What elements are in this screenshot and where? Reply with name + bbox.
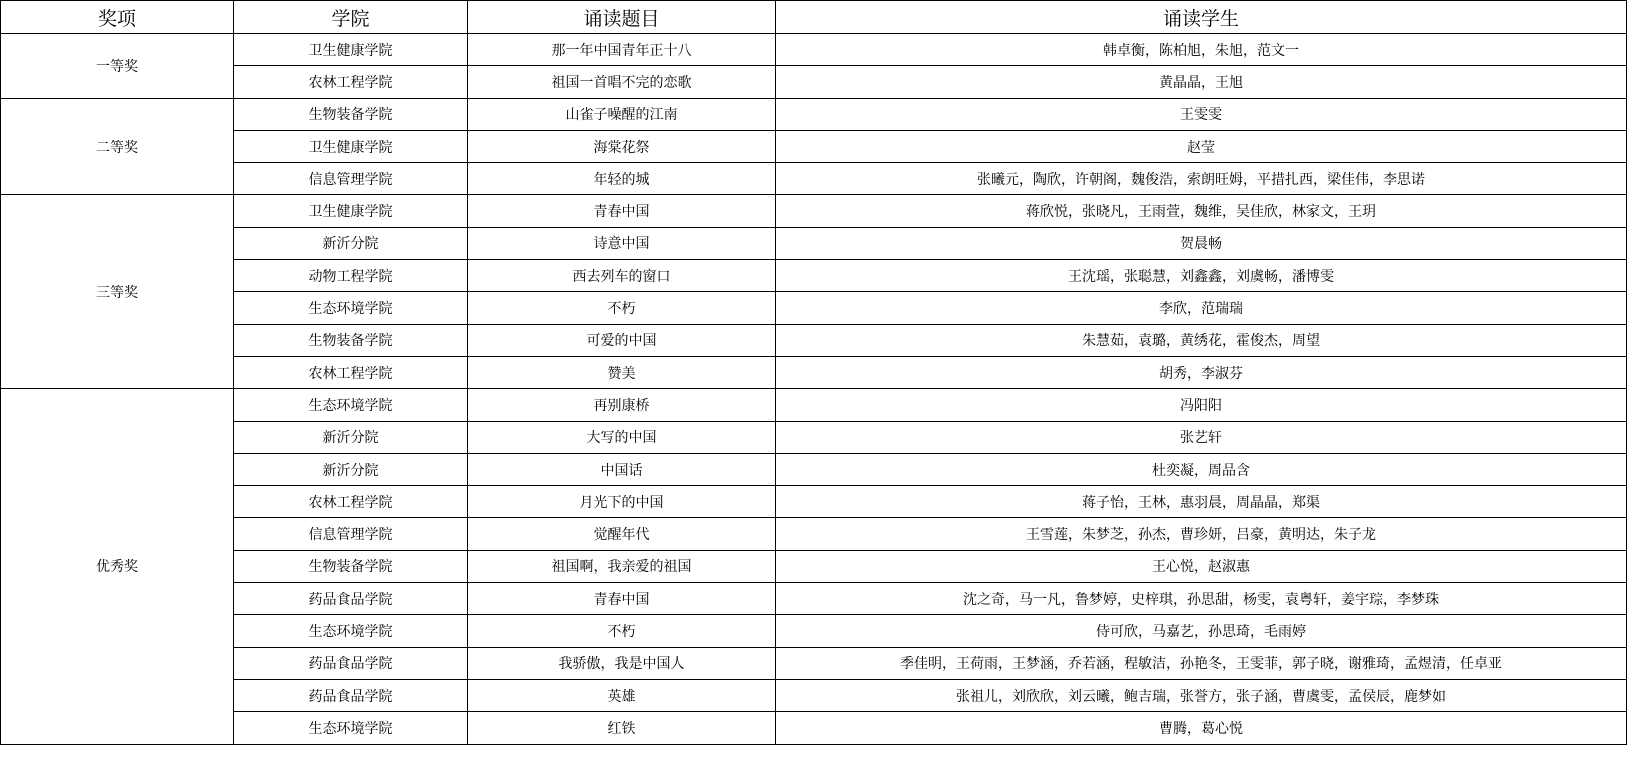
title-cell: 我骄傲，我是中国人 xyxy=(468,647,776,679)
college-cell: 信息管理学院 xyxy=(234,163,468,195)
students-cell: 冯阳阳 xyxy=(776,389,1627,421)
students-cell: 韩卓衡，陈柏旭，朱旭，范文一 xyxy=(776,34,1627,66)
table-row: 卫生健康学院 海棠花祭 赵莹 xyxy=(1,130,1627,162)
table-body: 一等奖 卫生健康学院 那一年中国青年正十八 韩卓衡，陈柏旭，朱旭，范文一 农林工… xyxy=(1,34,1627,745)
table-row: 药品食品学院 青春中国 沈之奇，马一凡，鲁梦婷，史梓琪，孙思甜，杨雯，袁粤轩，姜… xyxy=(1,583,1627,615)
table-row: 新沂分院 诗意中国 贺晨畅 xyxy=(1,227,1627,259)
header-row: 奖项 学院 诵读题目 诵读学生 xyxy=(1,1,1627,34)
award-cell: 优秀奖 xyxy=(1,389,234,744)
header-college: 学院 xyxy=(234,1,468,34)
title-cell: 年轻的城 xyxy=(468,163,776,195)
college-cell: 生态环境学院 xyxy=(234,389,468,421)
table-row: 生态环境学院 不朽 侍可欣，马嘉艺，孙思琦，毛雨婷 xyxy=(1,615,1627,647)
students-cell: 贺晨畅 xyxy=(776,227,1627,259)
college-cell: 药品食品学院 xyxy=(234,583,468,615)
students-cell: 李欣，范瑞瑞 xyxy=(776,292,1627,324)
award-cell: 二等奖 xyxy=(1,98,234,195)
students-cell: 王心悦，赵淑惠 xyxy=(776,550,1627,582)
students-cell: 朱慧茹，袁璐，黄绣花，霍俊杰，周望 xyxy=(776,324,1627,356)
table-row: 生态环境学院 不朽 李欣，范瑞瑞 xyxy=(1,292,1627,324)
title-cell: 不朽 xyxy=(468,292,776,324)
table-row: 农林工程学院 祖国一首唱不完的恋歌 黄晶晶，王旭 xyxy=(1,66,1627,98)
college-cell: 动物工程学院 xyxy=(234,260,468,292)
students-cell: 王沈瑶，张聪慧，刘鑫鑫，刘虞畅，潘博雯 xyxy=(776,260,1627,292)
title-cell: 祖国啊，我亲爱的祖国 xyxy=(468,550,776,582)
title-cell: 那一年中国青年正十八 xyxy=(468,34,776,66)
table-row: 药品食品学院 我骄傲，我是中国人 季佳明，王荷雨，王梦涵，乔若涵，程敏洁，孙艳冬… xyxy=(1,647,1627,679)
college-cell: 生态环境学院 xyxy=(234,615,468,647)
title-cell: 英雄 xyxy=(468,679,776,711)
table-row: 信息管理学院 觉醒年代 王雪莲，朱梦芝，孙杰，曹珍妍，吕豪，黄明达，朱子龙 xyxy=(1,518,1627,550)
title-cell: 大写的中国 xyxy=(468,421,776,453)
title-cell: 青春中国 xyxy=(468,583,776,615)
title-cell: 中国话 xyxy=(468,453,776,485)
students-cell: 胡秀，李淑芬 xyxy=(776,356,1627,388)
college-cell: 生态环境学院 xyxy=(234,712,468,744)
title-cell: 月光下的中国 xyxy=(468,486,776,518)
table-row: 新沂分院 中国话 杜奕凝，周品含 xyxy=(1,453,1627,485)
students-cell: 张曦元，陶欣，许朝阁，魏俊浩，索朗旺姆，平措扎西，梁佳伟，李思诺 xyxy=(776,163,1627,195)
title-cell: 山雀子噪醒的江南 xyxy=(468,98,776,130)
college-cell: 生物装备学院 xyxy=(234,98,468,130)
college-cell: 农林工程学院 xyxy=(234,356,468,388)
college-cell: 卫生健康学院 xyxy=(234,130,468,162)
title-cell: 祖国一首唱不完的恋歌 xyxy=(468,66,776,98)
award-cell: 一等奖 xyxy=(1,34,234,99)
students-cell: 蒋子怡，王林，惠羽晨，周晶晶，郑渠 xyxy=(776,486,1627,518)
students-cell: 沈之奇，马一凡，鲁梦婷，史梓琪，孙思甜，杨雯，袁粤轩，姜宇琮，李梦珠 xyxy=(776,583,1627,615)
college-cell: 新沂分院 xyxy=(234,227,468,259)
table-row: 新沂分院 大写的中国 张艺轩 xyxy=(1,421,1627,453)
table-row: 生物装备学院 祖国啊，我亲爱的祖国 王心悦，赵淑惠 xyxy=(1,550,1627,582)
college-cell: 卫生健康学院 xyxy=(234,195,468,227)
students-cell: 赵莹 xyxy=(776,130,1627,162)
table-row: 信息管理学院 年轻的城 张曦元，陶欣，许朝阁，魏俊浩，索朗旺姆，平措扎西，梁佳伟… xyxy=(1,163,1627,195)
table-row: 农林工程学院 月光下的中国 蒋子怡，王林，惠羽晨，周晶晶，郑渠 xyxy=(1,486,1627,518)
students-cell: 黄晶晶，王旭 xyxy=(776,66,1627,98)
college-cell: 新沂分院 xyxy=(234,421,468,453)
college-cell: 农林工程学院 xyxy=(234,66,468,98)
table-row: 生物装备学院 可爱的中国 朱慧茹，袁璐，黄绣花，霍俊杰，周望 xyxy=(1,324,1627,356)
college-cell: 卫生健康学院 xyxy=(234,34,468,66)
table-row: 农林工程学院 赞美 胡秀，李淑芬 xyxy=(1,356,1627,388)
college-cell: 药品食品学院 xyxy=(234,647,468,679)
college-cell: 新沂分院 xyxy=(234,453,468,485)
college-cell: 生态环境学院 xyxy=(234,292,468,324)
title-cell: 不朽 xyxy=(468,615,776,647)
students-cell: 蒋欣悦，张晓凡，王雨萱，魏维，吴佳欣，林家文，王玥 xyxy=(776,195,1627,227)
table-row: 一等奖 卫生健康学院 那一年中国青年正十八 韩卓衡，陈柏旭，朱旭，范文一 xyxy=(1,34,1627,66)
header-award: 奖项 xyxy=(1,1,234,34)
table-row: 药品食品学院 英雄 张祖儿，刘欣欣，刘云曦，鲍吉瑞，张誉方，张子涵，曹虞雯，孟侯… xyxy=(1,679,1627,711)
title-cell: 诗意中国 xyxy=(468,227,776,259)
college-cell: 生物装备学院 xyxy=(234,324,468,356)
students-cell: 杜奕凝，周品含 xyxy=(776,453,1627,485)
table-row: 优秀奖 生态环境学院 再别康桥 冯阳阳 xyxy=(1,389,1627,421)
table-row: 生态环境学院 红铁 曹腾，葛心悦 xyxy=(1,712,1627,744)
title-cell: 再别康桥 xyxy=(468,389,776,421)
students-cell: 曹腾，葛心悦 xyxy=(776,712,1627,744)
title-cell: 红铁 xyxy=(468,712,776,744)
table-row: 三等奖 卫生健康学院 青春中国 蒋欣悦，张晓凡，王雨萱，魏维，吴佳欣，林家文，王… xyxy=(1,195,1627,227)
college-cell: 药品食品学院 xyxy=(234,679,468,711)
students-cell: 侍可欣，马嘉艺，孙思琦，毛雨婷 xyxy=(776,615,1627,647)
college-cell: 农林工程学院 xyxy=(234,486,468,518)
students-cell: 王雯雯 xyxy=(776,98,1627,130)
college-cell: 信息管理学院 xyxy=(234,518,468,550)
title-cell: 可爱的中国 xyxy=(468,324,776,356)
students-cell: 张艺轩 xyxy=(776,421,1627,453)
header-title: 诵读题目 xyxy=(468,1,776,34)
students-cell: 王雪莲，朱梦芝，孙杰，曹珍妍，吕豪，黄明达，朱子龙 xyxy=(776,518,1627,550)
table-row: 动物工程学院 西去列车的窗口 王沈瑶，张聪慧，刘鑫鑫，刘虞畅，潘博雯 xyxy=(1,260,1627,292)
award-cell: 三等奖 xyxy=(1,195,234,389)
title-cell: 觉醒年代 xyxy=(468,518,776,550)
title-cell: 西去列车的窗口 xyxy=(468,260,776,292)
header-students: 诵读学生 xyxy=(776,1,1627,34)
title-cell: 赞美 xyxy=(468,356,776,388)
students-cell: 季佳明，王荷雨，王梦涵，乔若涵，程敏洁，孙艳冬，王雯菲，郭子晓，谢雅琦，孟煜清，… xyxy=(776,647,1627,679)
college-cell: 生物装备学院 xyxy=(234,550,468,582)
title-cell: 青春中国 xyxy=(468,195,776,227)
awards-table: 奖项 学院 诵读题目 诵读学生 一等奖 卫生健康学院 那一年中国青年正十八 韩卓… xyxy=(0,0,1627,745)
title-cell: 海棠花祭 xyxy=(468,130,776,162)
table-row: 二等奖 生物装备学院 山雀子噪醒的江南 王雯雯 xyxy=(1,98,1627,130)
students-cell: 张祖儿，刘欣欣，刘云曦，鲍吉瑞，张誉方，张子涵，曹虞雯，孟侯辰，鹿梦如 xyxy=(776,679,1627,711)
